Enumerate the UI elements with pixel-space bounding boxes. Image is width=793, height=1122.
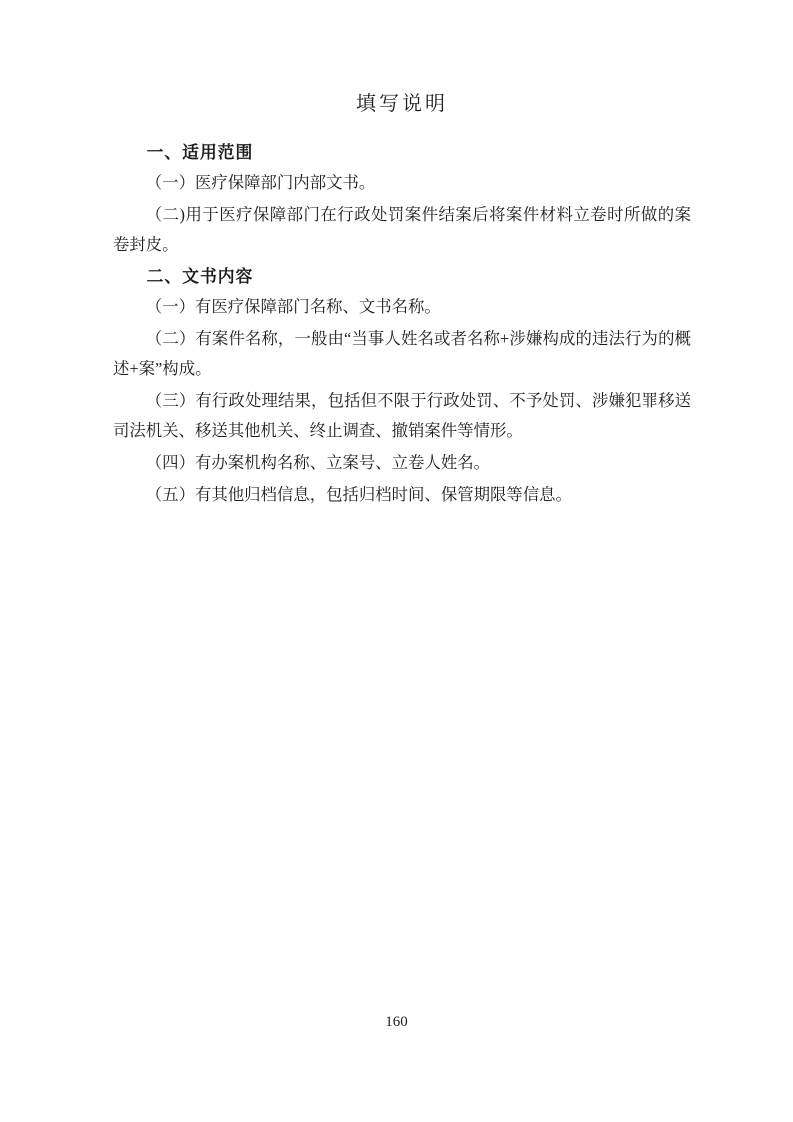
paragraph: （二)用于医疗保障部门在行政处罚案件结案后将案件材料立卷时所做的案卷封皮。 — [113, 200, 691, 260]
paragraph: （一）医疗保障部门内部文书。 — [113, 168, 691, 198]
paragraph: （二）有案件名称，一般由“当事人姓名或者名称+涉嫌构成的违法行为的概述+案”构成… — [113, 324, 691, 384]
paragraph: （五）有其他归档信息，包括归档时间、保管期限等信息。 — [113, 480, 691, 510]
section-heading-content: 二、文书内容 — [113, 262, 691, 292]
section-heading-scope: 一、适用范围 — [113, 138, 691, 168]
document-body: 填写说明 一、适用范围 （一）医疗保障部门内部文书。 （二)用于医疗保障部门在行… — [113, 88, 691, 512]
paragraph: （一）有医疗保障部门名称、文书名称。 — [113, 292, 691, 322]
page-number: 160 — [0, 1014, 793, 1031]
paragraph: （三）有行政处理结果，包括但不限于行政处罚、不予处罚、涉嫌犯罪移送司法机关、移送… — [113, 386, 691, 446]
document-page: 填写说明 一、适用范围 （一）医疗保障部门内部文书。 （二)用于医疗保障部门在行… — [0, 0, 793, 1122]
paragraph: （四）有办案机构名称、立案号、立卷人姓名。 — [113, 448, 691, 478]
section-scope: 一、适用范围 （一）医疗保障部门内部文书。 （二)用于医疗保障部门在行政处罚案件… — [113, 138, 691, 260]
section-content: 二、文书内容 （一）有医疗保障部门名称、文书名称。 （二）有案件名称，一般由“当… — [113, 262, 691, 510]
document-title: 填写说明 — [113, 88, 691, 120]
